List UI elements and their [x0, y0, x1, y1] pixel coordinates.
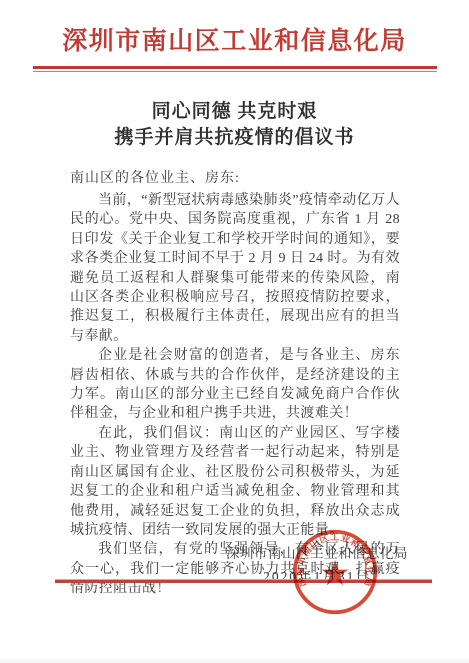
document-page: 深圳市南山区工业和信息化局 同心同德 共克时艰 携手并肩共抗疫情的倡议书 南山区…	[0, 0, 469, 663]
document-title: 同心同德 共克时艰 携手并肩共抗疫情的倡议书	[0, 99, 469, 151]
seal-star-icon	[322, 560, 349, 585]
agency-header: 深圳市南山区工业和信息化局	[0, 26, 469, 58]
paragraph-1: 当前，“新型冠状病毒感染肺炎”疫情牵动亿万人民的心。党中央、国务院高度重视，广东…	[70, 191, 400, 346]
salutation: 南山区的各位业主、房东:	[70, 167, 469, 187]
title-line-1: 同心同德 共克时艰	[0, 99, 469, 125]
title-line-2: 携手并肩共抗疫情的倡议书	[0, 125, 469, 151]
header-divider	[33, 66, 437, 72]
header-divider-thin-line	[33, 71, 437, 72]
paragraph-3: 在此，我们倡议：南山区的产业园区、写字楼业主、物业管理方及经营者一起行动起来，特…	[70, 424, 400, 540]
paragraph-2: 企业是社会财富的创造者，是与各业主、房东唇齿相依、休戚与共的合作伙伴，是经济建设…	[70, 346, 400, 424]
header-divider-thick-line	[33, 66, 437, 69]
scan-edge-strip	[0, 659, 469, 663]
official-seal: 深圳市南山区工业和信息化局	[289, 526, 381, 618]
